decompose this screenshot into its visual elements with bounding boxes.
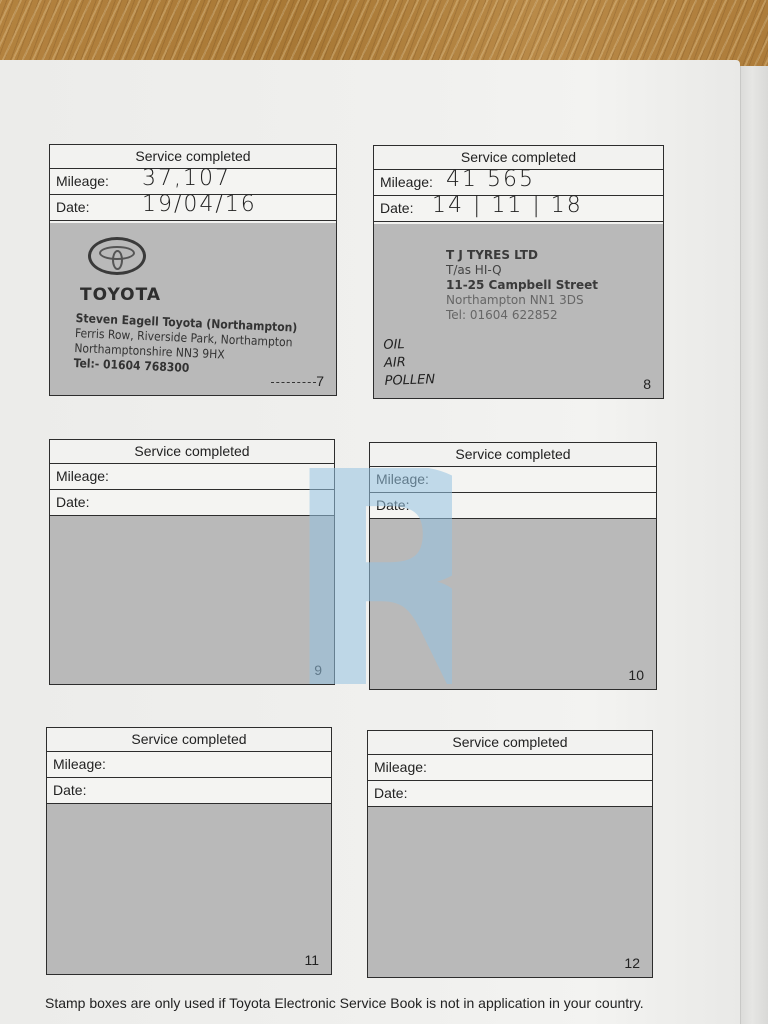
garage-town: Northampton NN1 3DS (446, 293, 598, 308)
dealer-brand: TOYOTA (80, 285, 161, 305)
date-label: Date: (56, 195, 89, 220)
date-label: Date: (56, 490, 89, 515)
signature-line (271, 382, 316, 383)
box-number: 8 (643, 376, 651, 392)
garage-stamp: T J TYRES LTD T/as HI-Q 11-25 Campbell S… (446, 248, 598, 323)
handwritten-notes: OIL AIR POLLEN (383, 335, 435, 391)
stamp-area: TOYOTA Steven Eagell Toyota (Northampton… (50, 223, 336, 395)
mileage-value: 37,107 (142, 166, 231, 191)
box-number: 9 (314, 662, 322, 678)
date-row: Date: (368, 781, 652, 807)
box-number: 11 (304, 952, 319, 968)
date-label: Date: (380, 196, 413, 221)
date-label: Date: (376, 493, 409, 518)
service-box-header: Service completed (50, 440, 334, 464)
mileage-label: Mileage: (56, 464, 109, 489)
toyota-logo-icon (88, 237, 146, 275)
date-row: Date: (50, 490, 334, 516)
mileage-value: 41 565 (446, 167, 535, 192)
mileage-row: Mileage: (50, 464, 334, 490)
mileage-label: Mileage: (374, 755, 427, 780)
note-oil: OIL (383, 335, 434, 355)
service-box-10: Service completed Mileage: Date: 10 (369, 442, 657, 690)
garage-phone: Tel: 01604 622852 (446, 308, 598, 323)
note-pollen: POLLEN (384, 371, 435, 391)
box-number: 7 (316, 373, 324, 389)
service-box-11: Service completed Mileage: Date: 11 (46, 727, 332, 975)
mileage-row: Mileage: (368, 755, 652, 781)
mileage-label: Mileage: (56, 169, 109, 194)
dealer-stamp: Steven Eagell Toyota (Northampton) Ferri… (73, 311, 325, 382)
mileage-label: Mileage: (380, 170, 433, 195)
next-page-edge (740, 66, 768, 1024)
service-box-header: Service completed (370, 443, 656, 467)
date-value: 19/04/16 (142, 192, 257, 217)
stamp-area (370, 519, 656, 689)
service-box-9: Service completed Mileage: Date: 9 (49, 439, 335, 685)
date-row: Date: (370, 493, 656, 519)
mileage-row: Mileage: (370, 467, 656, 493)
garage-street: 11-25 Campbell Street (446, 278, 598, 293)
note-air: AIR (384, 353, 435, 373)
mileage-label: Mileage: (376, 467, 429, 492)
service-box-header: Service completed (368, 731, 652, 755)
garage-trading-as: T/as HI-Q (446, 263, 598, 278)
service-box-header: Service completed (47, 728, 331, 752)
stamp-area (368, 807, 652, 977)
service-box-12: Service completed Mileage: Date: 12 (367, 730, 653, 978)
date-row: Date: (47, 778, 331, 804)
date-label: Date: (374, 781, 407, 806)
date-row: Date: 19/04/16 (50, 195, 336, 221)
stamp-area: T J TYRES LTD T/as HI-Q 11-25 Campbell S… (374, 224, 663, 398)
mileage-label: Mileage: (53, 752, 106, 777)
mileage-row: Mileage: (47, 752, 331, 778)
date-row: Date: 14 | 11 | 18 (374, 196, 663, 222)
stamp-area (50, 516, 334, 684)
date-label: Date: (53, 778, 86, 803)
garage-name: T J TYRES LTD (446, 248, 598, 263)
service-box-7: Service completed Mileage: 37,107 Date: … (49, 144, 337, 396)
stamp-area (47, 804, 331, 974)
box-number: 12 (624, 955, 640, 971)
box-number: 10 (628, 667, 644, 683)
date-value: 14 | 11 | 18 (432, 193, 583, 218)
footer-note: Stamp boxes are only used if Toyota Elec… (45, 995, 645, 1011)
service-box-8: Service completed Mileage: 41 565 Date: … (373, 145, 664, 399)
